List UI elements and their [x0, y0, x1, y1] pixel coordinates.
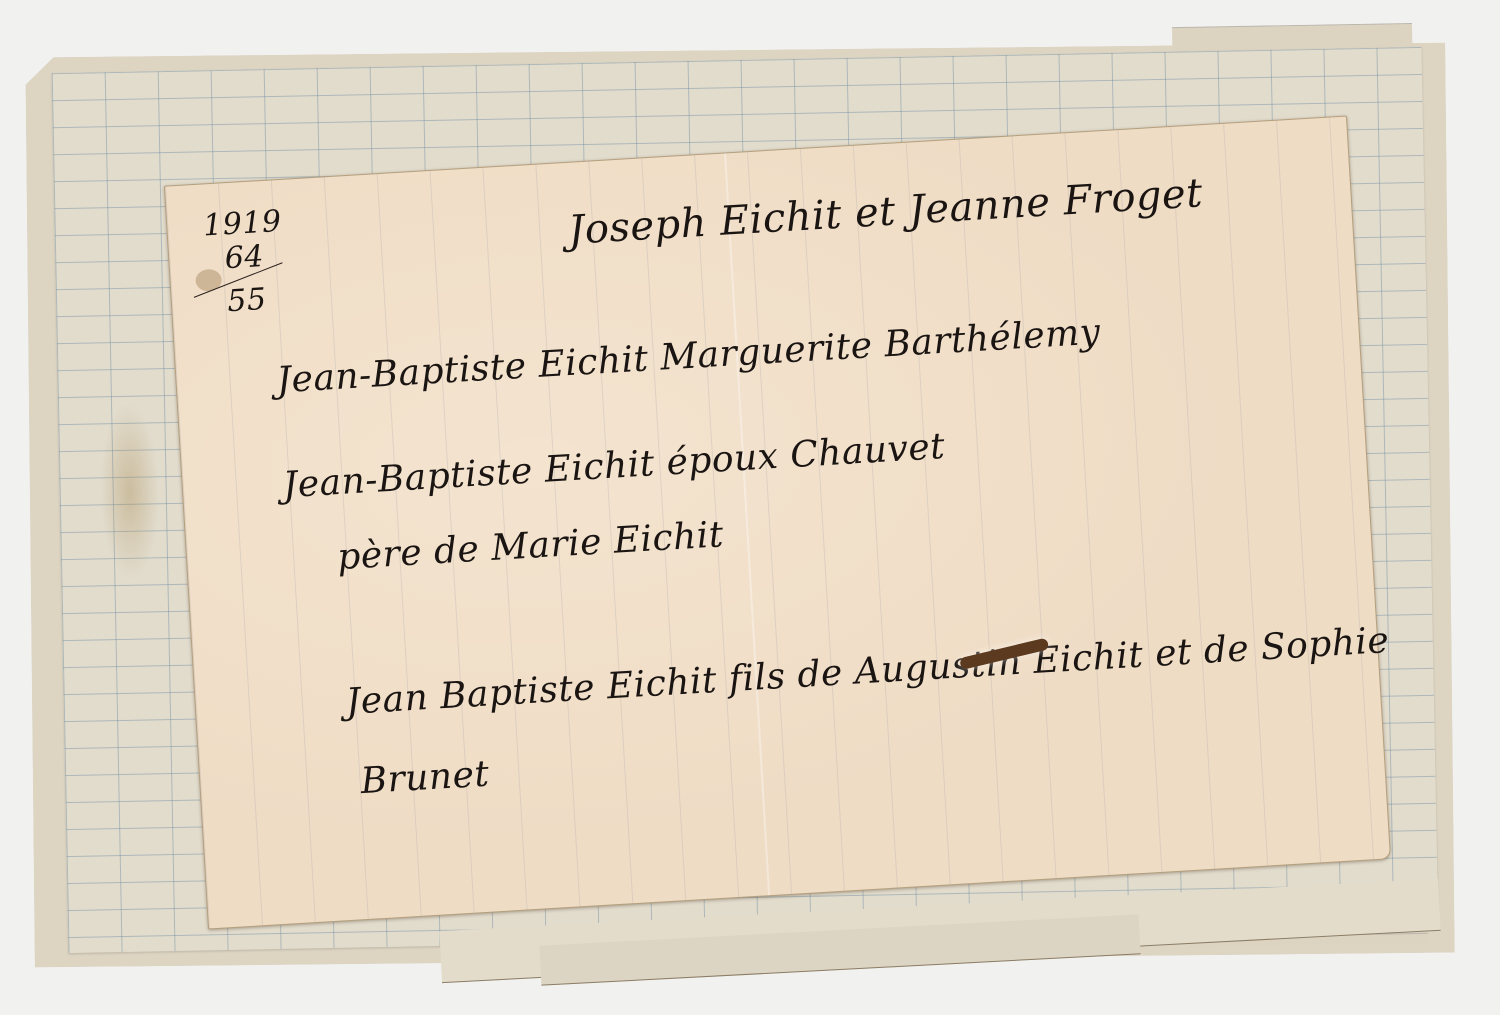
- handwritten-line: Jean-Baptiste Eichit Marguerite Barthéle…: [276, 312, 1102, 402]
- handwritten-line: Jean Baptiste Eichit fils de Augustin Ei…: [345, 620, 1391, 723]
- margin-note: 1919 64 55: [201, 205, 287, 321]
- water-stain: [98, 401, 161, 582]
- handwritten-line: Jean-Baptiste Eichit époux Chauvet: [282, 426, 946, 506]
- note-card: 1919 64 55 Joseph Eichit et Jeanne Froge…: [164, 116, 1391, 930]
- margin-note-top: 1919: [202, 204, 282, 244]
- fold-crease: [724, 153, 770, 895]
- document-title: Joseph Eichit et Jeanne Froget: [567, 170, 1204, 254]
- margin-note-bottom: 55: [226, 282, 267, 319]
- handwritten-line: père de Marie Eichit: [336, 514, 725, 578]
- handwritten-line: Brunet: [359, 754, 490, 803]
